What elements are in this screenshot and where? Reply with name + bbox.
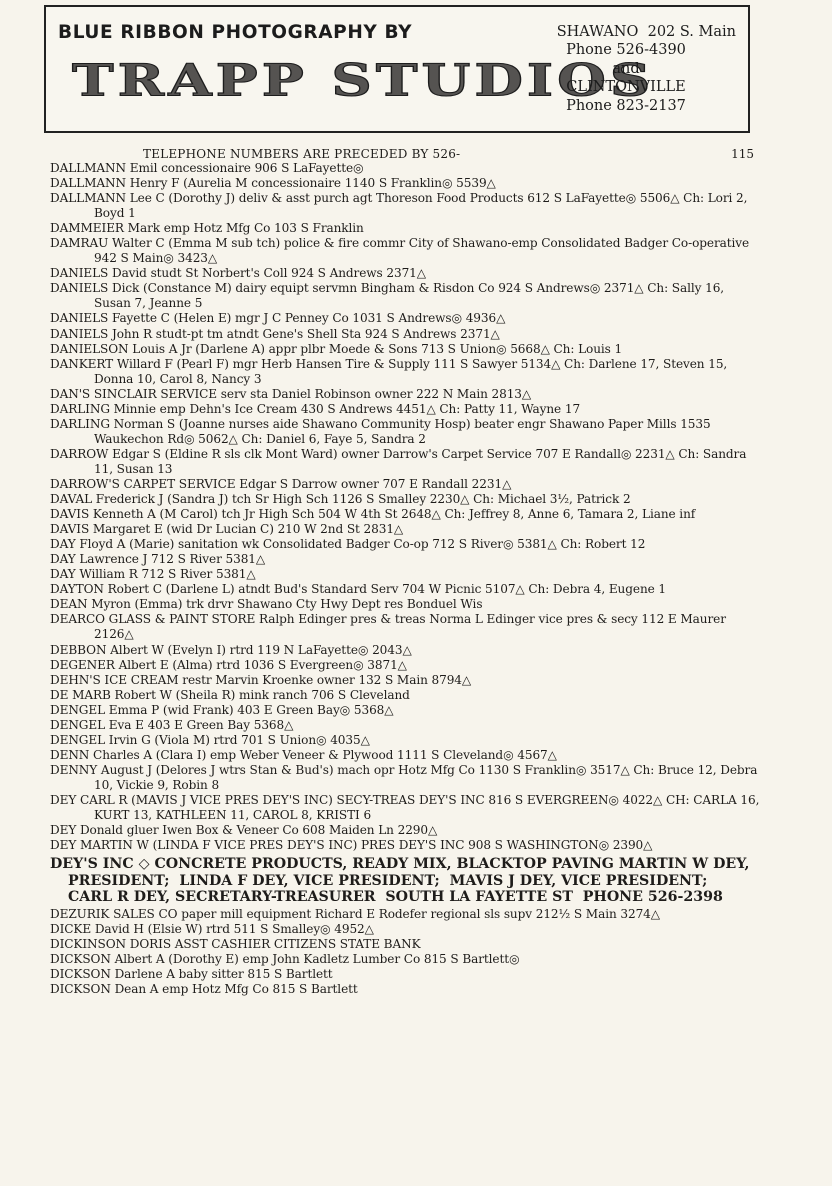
entry-details: Albert E (Alma) rtrd 1036 S Evergreen◎ 3…	[115, 658, 407, 672]
directory-entry: DEY Donald gluer Iwen Box & Veneer Co 60…	[50, 823, 760, 838]
directory-entry: DICKSON Albert A (Dorothy E) emp John Ka…	[50, 952, 760, 967]
entry-details: DORIS ASST CASHIER CITIZENS STATE BANK	[126, 937, 421, 951]
entry-name: DENGEL	[50, 718, 105, 732]
entry-name: DALLMANN	[50, 176, 126, 190]
entry-details: ◇ CONCRETE PRODUCTS, READY MIX, BLACKTOP…	[68, 856, 754, 905]
directory-entry: DICKINSON DORIS ASST CASHIER CITIZENS ST…	[50, 937, 760, 952]
entry-name: DARROW	[50, 447, 108, 461]
directory-entry: DEY CARL R (MAVIS J VICE PRES DEY'S INC)…	[50, 793, 760, 823]
ad-location-shawano: SHAWANO 202 S. Main	[516, 23, 736, 41]
entry-details: Henry F (Aurelia M concessionaire 1140 S…	[126, 176, 496, 190]
directory-entry: DALLMANN Lee C (Dorothy J) deliv & asst …	[50, 191, 760, 221]
directory-entry: DAVIS Kenneth A (M Carol) tch Jr High Sc…	[50, 507, 760, 522]
entry-name: DANIELS	[50, 266, 108, 280]
entry-name: DALLMANN	[50, 161, 126, 175]
entry-name: DICKSON	[50, 967, 111, 981]
entry-details: Albert W (Evelyn I) rtrd 119 N LaFayette…	[106, 643, 411, 657]
entry-details: Fayette C (Helen E) mgr J C Penney Co 10…	[108, 311, 505, 325]
entry-details: Margaret E (wid Dr Lucian C) 210 W 2nd S…	[89, 522, 403, 536]
entry-name: DEAN	[50, 597, 87, 611]
entry-name: DICKSON	[50, 952, 111, 966]
entry-name: DENGEL	[50, 703, 105, 717]
entry-details: paper mill equipment Richard E Rodefer r…	[177, 907, 660, 921]
entry-name: DICKE	[50, 922, 91, 936]
entry-name: DENN	[50, 748, 89, 762]
entry-name: DICKINSON	[50, 937, 126, 951]
entry-name: DAY	[50, 552, 76, 566]
entry-details: Donald gluer Iwen Box & Veneer Co 608 Ma…	[76, 823, 437, 837]
ad-tagline: BLUE RIBBON PHOTOGRAPHY BY	[58, 22, 412, 43]
entry-name: DEGENER	[50, 658, 115, 672]
entry-name: DE MARB	[50, 688, 111, 702]
entry-name: DARROW'S CARPET SERVICE	[50, 477, 236, 491]
entry-details: August J (Delores J wtrs Stan & Bud's) m…	[94, 763, 761, 792]
ad-and: and	[516, 60, 736, 78]
entry-details: Myron (Emma) trk drvr Shawano Cty Hwy De…	[87, 597, 482, 611]
entry-details: Frederick J (Sandra J) tch Sr High Sch 1…	[92, 492, 631, 506]
directory-entry: DAMMEIER Mark emp Hotz Mfg Co 103 S Fran…	[50, 221, 760, 236]
entry-details: CARL R (MAVIS J VICE PRES DEY'S INC) SEC…	[76, 793, 763, 822]
entry-details: Emil concessionaire 906 S LaFayette◎	[126, 161, 364, 175]
directory-entry: DICKE David H (Elsie W) rtrd 511 S Small…	[50, 922, 760, 937]
entry-name: DEY'S INC	[50, 856, 134, 872]
entry-name: DEZURIK SALES CO	[50, 907, 177, 921]
directory-entry: DAY Floyd A (Marie) sanitation wk Consol…	[50, 537, 760, 552]
entry-name: DANKERT	[50, 357, 113, 371]
directory-entry: DEARCO GLASS & PAINT STORE Ralph Edinger…	[50, 612, 760, 642]
entry-details: Minnie emp Dehn's Ice Cream 430 S Andrew…	[110, 402, 580, 416]
entry-name: DAY	[50, 567, 76, 581]
entry-name: DAMRAU	[50, 236, 108, 250]
entry-name: DEY	[50, 823, 76, 837]
entry-details: restr Marvin Kroenke owner 132 S Main 87…	[179, 673, 472, 687]
directory-entry: DENGEL Irvin G (Viola M) rtrd 701 S Unio…	[50, 733, 760, 748]
directory-entry: DANIELS Fayette C (Helen E) mgr J C Penn…	[50, 311, 760, 326]
directory-entry: DAVIS Margaret E (wid Dr Lucian C) 210 W…	[50, 522, 760, 537]
entry-name: DAYTON	[50, 582, 104, 596]
directory-entry: DEGENER Albert E (Alma) rtrd 1036 S Ever…	[50, 658, 760, 673]
entry-name: DARLING	[50, 417, 110, 431]
entry-name: DEBBON	[50, 643, 106, 657]
entry-details: Mark emp Hotz Mfg Co 103 S Franklin	[124, 221, 364, 235]
directory-entry: DICKSON Dean A emp Hotz Mfg Co 815 S Bar…	[50, 982, 760, 997]
directory-entry: DEBBON Albert W (Evelyn I) rtrd 119 N La…	[50, 643, 760, 658]
entry-details: Irvin G (Viola M) rtrd 701 S Union◎ 4035…	[105, 733, 370, 747]
entry-details: MARTIN W (LINDA F VICE PRES DEY'S INC) P…	[76, 838, 652, 852]
entry-details: Lee C (Dorothy J) deliv & asst purch agt…	[94, 191, 751, 220]
ad-locations: SHAWANO 202 S. Main Phone 526-4390 and C…	[516, 23, 736, 115]
entry-name: DICKSON	[50, 982, 111, 996]
entry-details: Albert A (Dorothy E) emp John Kadletz Lu…	[111, 952, 520, 966]
entry-details: Charles A (Clara I) emp Weber Veneer & P…	[89, 748, 557, 762]
entry-details: David studt St Norbert's Coll 924 S Andr…	[108, 266, 426, 280]
ad-phone-shawano: Phone 526-4390	[516, 41, 736, 59]
entry-name: DANIELS	[50, 281, 108, 295]
entry-details: Norman S (Joanne nurses aide Shawano Com…	[94, 417, 714, 446]
directory-entry: DANIELS John R studt-pt tm atndt Gene's …	[50, 327, 760, 342]
directory-entry: DE MARB Robert W (Sheila R) mink ranch 7…	[50, 688, 760, 703]
directory-entry: DAN'S SINCLAIR SERVICE serv sta Daniel R…	[50, 387, 760, 402]
entry-details: John R studt-pt tm atndt Gene's Shell St…	[108, 327, 500, 341]
entry-name: DENNY	[50, 763, 97, 777]
entry-details: Willard F (Pearl F) mgr Herb Hansen Tire…	[94, 357, 731, 386]
entry-details: Edgar S Darrow owner 707 E Randall 2231△	[236, 477, 512, 491]
entry-name: DANIELS	[50, 327, 108, 341]
entry-name: DEY	[50, 793, 76, 807]
entry-name: DAN'S SINCLAIR SERVICE	[50, 387, 217, 401]
entry-details: David H (Elsie W) rtrd 511 S Smalley◎ 49…	[91, 922, 374, 936]
entry-details: Kenneth A (M Carol) tch Jr High Sch 504 …	[89, 507, 695, 521]
page-number: 115	[731, 147, 754, 161]
entry-name: DAVIS	[50, 507, 89, 521]
entry-details: Dick (Constance M) dairy equipt servmn B…	[94, 281, 728, 310]
entry-details: Edgar S (Eldine R sls clk Mont Ward) own…	[94, 447, 750, 476]
directory-entry: DARROW'S CARPET SERVICE Edgar S Darrow o…	[50, 477, 760, 492]
ad-phone-clintonville: Phone 823-2137	[516, 97, 736, 115]
directory-entry: DAMRAU Walter C (Emma M sub tch) police …	[50, 236, 760, 266]
entry-name: DEHN'S ICE CREAM	[50, 673, 179, 687]
ad-location-clintonville: CLINTONVILLE	[516, 78, 736, 96]
directory-entry: DALLMANN Emil concessionaire 906 S LaFay…	[50, 161, 760, 176]
phone-prefix-note: TELEPHONE NUMBERS ARE PRECEDED BY 526-	[143, 147, 460, 161]
entry-details: Louis A Jr (Darlene A) appr plbr Moede &…	[129, 342, 623, 356]
directory-entry: DARROW Edgar S (Eldine R sls clk Mont Wa…	[50, 447, 760, 477]
directory-entry: DICKSON Darlene A baby sitter 815 S Bart…	[50, 967, 760, 982]
directory-entry: DARLING Norman S (Joanne nurses aide Sha…	[50, 417, 760, 447]
directory-entry: DENGEL Eva E 403 E Green Bay 5368△	[50, 718, 760, 733]
directory-entry: DAVAL Frederick J (Sandra J) tch Sr High…	[50, 492, 760, 507]
entry-name: DANIELS	[50, 311, 108, 325]
directory-entry: DEY'S INC ◇ CONCRETE PRODUCTS, READY MIX…	[50, 856, 760, 906]
directory-entry: DEZURIK SALES CO paper mill equipment Ri…	[50, 907, 760, 922]
entry-name: DAY	[50, 537, 76, 551]
directory-entry: DARLING Minnie emp Dehn's Ice Cream 430 …	[50, 402, 760, 417]
directory-entry: DANIELS Dick (Constance M) dairy equipt …	[50, 281, 760, 311]
entry-details: Eva E 403 E Green Bay 5368△	[105, 718, 293, 732]
entry-details: Robert W (Sheila R) mink ranch 706 S Cle…	[111, 688, 410, 702]
entry-name: DAVIS	[50, 522, 89, 536]
directory-entry: DEAN Myron (Emma) trk drvr Shawano Cty H…	[50, 597, 760, 612]
directory-entry: DEY MARTIN W (LINDA F VICE PRES DEY'S IN…	[50, 838, 760, 853]
entry-name: DAVAL	[50, 492, 92, 506]
directory-entry: DAY Lawrence J 712 S River 5381△	[50, 552, 760, 567]
entry-details: Darlene A baby sitter 815 S Bartlett	[111, 967, 333, 981]
directory-entry: DAYTON Robert C (Darlene L) atndt Bud's …	[50, 582, 760, 597]
directory-entry: DENN Charles A (Clara I) emp Weber Venee…	[50, 748, 760, 763]
directory-entry: DANIELS David studt St Norbert's Coll 92…	[50, 266, 760, 281]
directory-entry: DALLMANN Henry F (Aurelia M concessionai…	[50, 176, 760, 191]
entry-details: Lawrence J 712 S River 5381△	[76, 552, 265, 566]
directory-entry: DENGEL Emma P (wid Frank) 403 E Green Ba…	[50, 703, 760, 718]
entry-details: Robert C (Darlene L) atndt Bud's Standar…	[104, 582, 666, 596]
trapp-studios-advertisement: BLUE RIBBON PHOTOGRAPHY BY TRAPP STUDIOS…	[44, 5, 750, 133]
entry-name: DANIELSON	[50, 342, 129, 356]
entry-name: DARLING	[50, 402, 110, 416]
entry-details: Floyd A (Marie) sanitation wk Consolidat…	[76, 537, 646, 551]
entry-name: DEARCO GLASS & PAINT STORE	[50, 612, 255, 626]
entry-details: Dean A emp Hotz Mfg Co 815 S Bartlett	[111, 982, 358, 996]
directory-entry: DANKERT Willard F (Pearl F) mgr Herb Han…	[50, 357, 760, 387]
directory-entry: DANIELSON Louis A Jr (Darlene A) appr pl…	[50, 342, 760, 357]
entry-name: DENGEL	[50, 733, 105, 747]
directory-listings: DALLMANN Emil concessionaire 906 S LaFay…	[50, 161, 760, 997]
entry-name: DALLMANN	[50, 191, 126, 205]
entry-name: DAMMEIER	[50, 221, 124, 235]
directory-entry: DENNY August J (Delores J wtrs Stan & Bu…	[50, 763, 760, 793]
directory-entry: DEHN'S ICE CREAM restr Marvin Kroenke ow…	[50, 673, 760, 688]
entry-name: DEY	[50, 838, 76, 852]
entry-details: Emma P (wid Frank) 403 E Green Bay◎ 5368…	[105, 703, 393, 717]
entry-details: Walter C (Emma M sub tch) police & fire …	[94, 236, 753, 265]
entry-details: William R 712 S River 5381△	[76, 567, 256, 581]
directory-entry: DAY William R 712 S River 5381△	[50, 567, 760, 582]
entry-details: serv sta Daniel Robinson owner 222 N Mai…	[217, 387, 531, 401]
